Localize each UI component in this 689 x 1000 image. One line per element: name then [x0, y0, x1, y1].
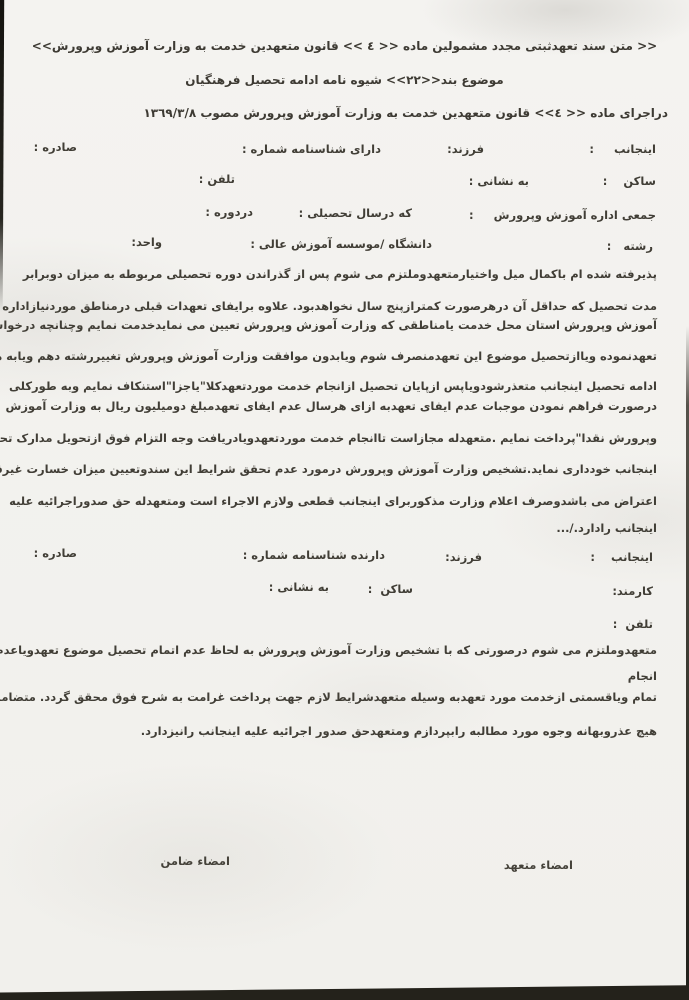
- obligor-address-label: به نشانی :: [469, 174, 529, 188]
- obligor-school-year-label: که درسال تحصیلی :: [299, 206, 412, 220]
- obligor-name-label: اینجانب :: [589, 142, 656, 156]
- guarantor-address-label: به نشانی :: [269, 580, 329, 594]
- commitment-line: تعهدنموده ویاازتحصیل موضوع این تعهدمنصرف…: [0, 349, 657, 363]
- obligor-course-label: دردوره :: [205, 205, 253, 219]
- guarantee-line: تمام ویاقسمتی ازخدمت مورد تعهدبه وسیله م…: [0, 690, 657, 704]
- commitment-line: پذیرفته شده ام باکمال میل واختیارمتعهدوم…: [23, 267, 657, 281]
- guarantee-line: هیچ عذروبهانه وجوه مورد مطالبه رابپردازم…: [141, 724, 657, 738]
- header-title-line3: دراجرای ماده << ٤>> قانون متعهدین خدمت ب…: [143, 106, 668, 120]
- commitment-line: مدت تحصیل که حداقل آن درهرصورت کمترازپنج…: [0, 299, 657, 313]
- obligor-resident-label: ساکن :: [603, 174, 656, 188]
- obligor-university-label: دانشگاه /موسسه آموزش عالی :: [250, 237, 432, 251]
- header-title-line1: << متن سند تعهدثبتی مجدد مشمولین ماده <<…: [0, 39, 689, 53]
- obligor-issued-label: صادره :: [34, 140, 77, 154]
- guarantor-name-label: اینجانب :: [590, 550, 653, 564]
- guarantee-line: متعهدوملتزم می شوم درصورتی که با تشخیص و…: [0, 643, 657, 657]
- obligor-department-label: جمعی اداره آموزش وپرورش :: [469, 208, 656, 222]
- obligor-major-label: رشته :: [607, 239, 653, 253]
- obligor-id-card-label: دارای شناسنامه شماره :: [242, 142, 381, 156]
- scan-paper: << متن سند تعهدثبتی مجدد مشمولین ماده <<…: [0, 0, 689, 1000]
- commitment-line: ادامه تحصیل اینجانب متعذرشودویاپس ازپایا…: [9, 379, 657, 393]
- obligor-unit-label: واحد:: [131, 235, 162, 249]
- guarantor-employee-label: کارمند:: [612, 584, 653, 598]
- guarantor-phone-label: تلفن :: [613, 617, 653, 631]
- guarantee-line: انجام: [628, 669, 657, 683]
- commitment-line: آموزش وپرورش استان محل خدمت یامناطقی که …: [0, 318, 657, 332]
- commitment-line: اینجانب خودداری نماید.تشخیص وزارت آموزش …: [0, 462, 657, 476]
- guarantor-resident-label: ساکن :: [368, 582, 413, 596]
- commitment-line: اینجانب رادارد./...: [556, 521, 657, 535]
- commitment-line: درصورت فراهم نمودن موجبات عدم ایفای تعهد…: [6, 399, 657, 413]
- obligor-signature-label: امضاء متعهد: [504, 858, 573, 872]
- scan-edge-bottom: [0, 982, 689, 1000]
- guarantor-signature-label: امضاء ضامن: [161, 854, 231, 868]
- header-title-line2: موضوع بند<<٢٢>> شیوه نامه ادامه تحصیل فر…: [0, 73, 689, 87]
- commitment-line: اعتراض می باشدوصرف اعلام وزارت مذکوربرای…: [9, 494, 657, 508]
- obligor-phone-label: تلفن :: [199, 172, 235, 186]
- obligor-father-label: فرزند:: [447, 142, 484, 156]
- commitment-line: وپرورش نقدا"پرداخت نمایم .متعهدله مجازاس…: [0, 431, 657, 445]
- guarantor-issued-label: صادره :: [34, 546, 77, 560]
- guarantor-id-card-label: دارنده شناسنامه شماره :: [243, 548, 385, 562]
- guarantor-father-label: فرزند:: [445, 550, 482, 564]
